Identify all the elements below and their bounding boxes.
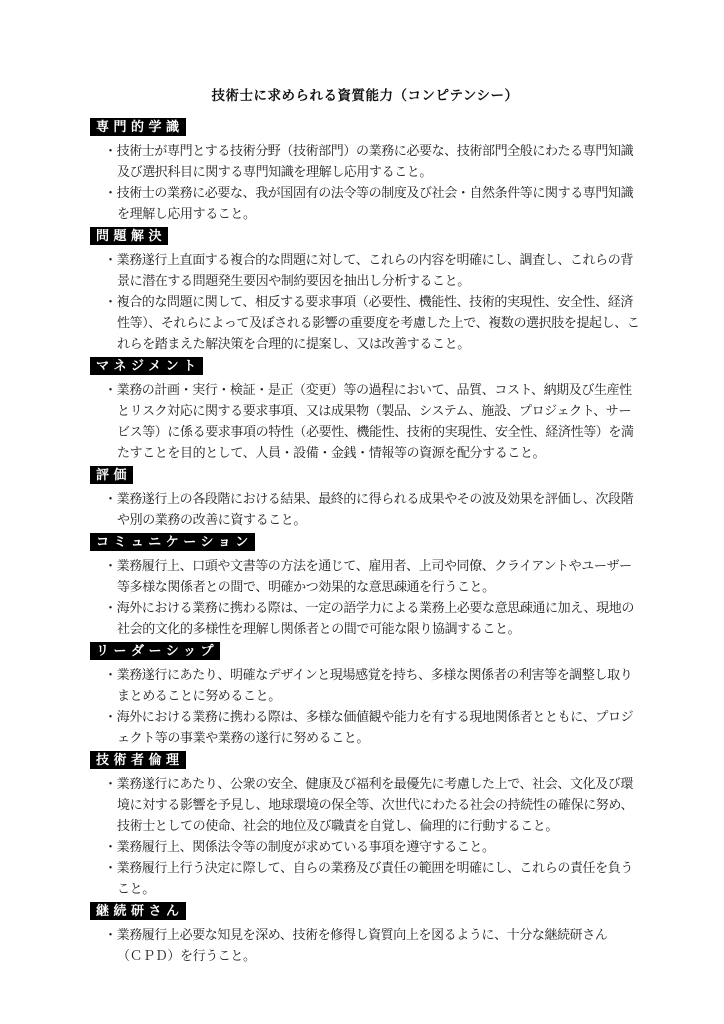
section-heading-evaluation: 評価 — [90, 466, 133, 484]
section-evaluation: 評価 ・業務遂行上の各段階における結果、最終的に得られる成果やその波及効果を評価… — [90, 466, 640, 530]
section-heading-leadership: リーダーシップ — [90, 642, 220, 660]
bullet-item: ・技術士が専門とする技術分野（技術部門）の業務に必要な、技術部門全般にわたる専門… — [104, 140, 640, 182]
bullet-list: ・業務履行上必要な知見を深め、技術を修得し資質向上を図るように、十分な継続研さん… — [104, 924, 640, 966]
bullet-item: ・複合的な問題に関して、相反する要求事項（必要性、機能性、技術的実現性、安全性、… — [104, 291, 640, 354]
bullet-list: ・業務履行上、口頭や文書等の方法を通じて、雇用者、上司や同僚、クライアントやユー… — [104, 555, 640, 639]
bullet-item: ・業務履行上必要な知見を深め、技術を修得し資質向上を図るように、十分な継続研さん… — [104, 924, 640, 966]
section-heading-communication: コミュニケーション — [90, 533, 255, 551]
section-expertise: 専門的学識 ・技術士が専門とする技術分野（技術部門）の業務に必要な、技術部門全般… — [90, 118, 640, 224]
section-heading-problem-solving: 問題解決 — [90, 227, 168, 245]
bullet-item: ・業務履行上、関係法令等の制度が求めている事項を遵守すること。 — [104, 836, 640, 857]
bullet-item: ・業務の計画・実行・検証・是正（変更）等の過程において、品質、コスト、納期及び生… — [104, 379, 640, 463]
bullet-item: ・海外における業務に携わる際は、多様な価値観や能力を有する現地関係者とともに、プ… — [104, 706, 640, 748]
section-heading-expertise: 専門的学識 — [90, 118, 186, 136]
bullet-list: ・業務遂行にあたり、明確なデザインと現場感覚を持ち、多様な関係者の利害等を調整し… — [104, 664, 640, 748]
bullet-list: ・業務遂行にあたり、公衆の安全、健康及び福利を最優先に考慮した上で、社会、文化及… — [104, 773, 640, 899]
bullet-item: ・海外における業務に携わる際は、一定の語学力による業務上必要な意思疎通に加え、現… — [104, 597, 640, 639]
section-heading-engineering-ethics: 技術者倫理 — [90, 751, 186, 769]
section-leadership: リーダーシップ ・業務遂行にあたり、明確なデザインと現場感覚を持ち、多様な関係者… — [90, 642, 640, 748]
section-heading-management: マネジメント — [90, 357, 203, 375]
page-title: 技術士に求められる資質能力（コンピテンシー） — [90, 86, 640, 105]
bullet-list: ・業務遂行上の各段階における結果、最終的に得られる成果やその波及効果を評価し、次… — [104, 488, 640, 530]
section-engineering-ethics: 技術者倫理 ・業務遂行にあたり、公衆の安全、健康及び福利を最優先に考慮した上で、… — [90, 751, 640, 899]
section-continuing-professional-development: 継続研さん ・業務履行上必要な知見を深め、技術を修得し資質向上を図るように、十分… — [90, 902, 640, 966]
bullet-list: ・技術士が専門とする技術分野（技術部門）の業務に必要な、技術部門全般にわたる専門… — [104, 140, 640, 224]
bullet-item: ・業務履行上、口頭や文書等の方法を通じて、雇用者、上司や同僚、クライアントやユー… — [104, 555, 640, 597]
bullet-item: ・業務履行上行う決定に際して、自らの業務及び責任の範囲を明確にし、これらの責任を… — [104, 857, 640, 899]
bullet-item: ・業務遂行にあたり、公衆の安全、健康及び福利を最優先に考慮した上で、社会、文化及… — [104, 773, 640, 836]
bullet-item: ・技術士の業務に必要な、我が国固有の法令等の制度及び社会・自然条件等に関する専門… — [104, 182, 640, 224]
bullet-item: ・業務遂行にあたり、明確なデザインと現場感覚を持ち、多様な関係者の利害等を調整し… — [104, 664, 640, 706]
section-communication: コミュニケーション ・業務履行上、口頭や文書等の方法を通じて、雇用者、上司や同僚… — [90, 533, 640, 639]
section-heading-continuing-professional-development: 継続研さん — [90, 902, 186, 920]
bullet-list: ・業務の計画・実行・検証・是正（変更）等の過程において、品質、コスト、納期及び生… — [104, 379, 640, 463]
section-management: マネジメント ・業務の計画・実行・検証・是正（変更）等の過程において、品質、コス… — [90, 357, 640, 463]
document-page: 技術士に求められる資質能力（コンピテンシー） 専門的学識 ・技術士が専門とする技… — [0, 0, 724, 1024]
bullet-item: ・業務遂行上の各段階における結果、最終的に得られる成果やその波及効果を評価し、次… — [104, 488, 640, 530]
bullet-list: ・業務遂行上直面する複合的な問題に対して、これらの内容を明確にし、調査し、これら… — [104, 249, 640, 354]
section-problem-solving: 問題解決 ・業務遂行上直面する複合的な問題に対して、これらの内容を明確にし、調査… — [90, 227, 640, 354]
bullet-item: ・業務遂行上直面する複合的な問題に対して、これらの内容を明確にし、調査し、これら… — [104, 249, 640, 291]
